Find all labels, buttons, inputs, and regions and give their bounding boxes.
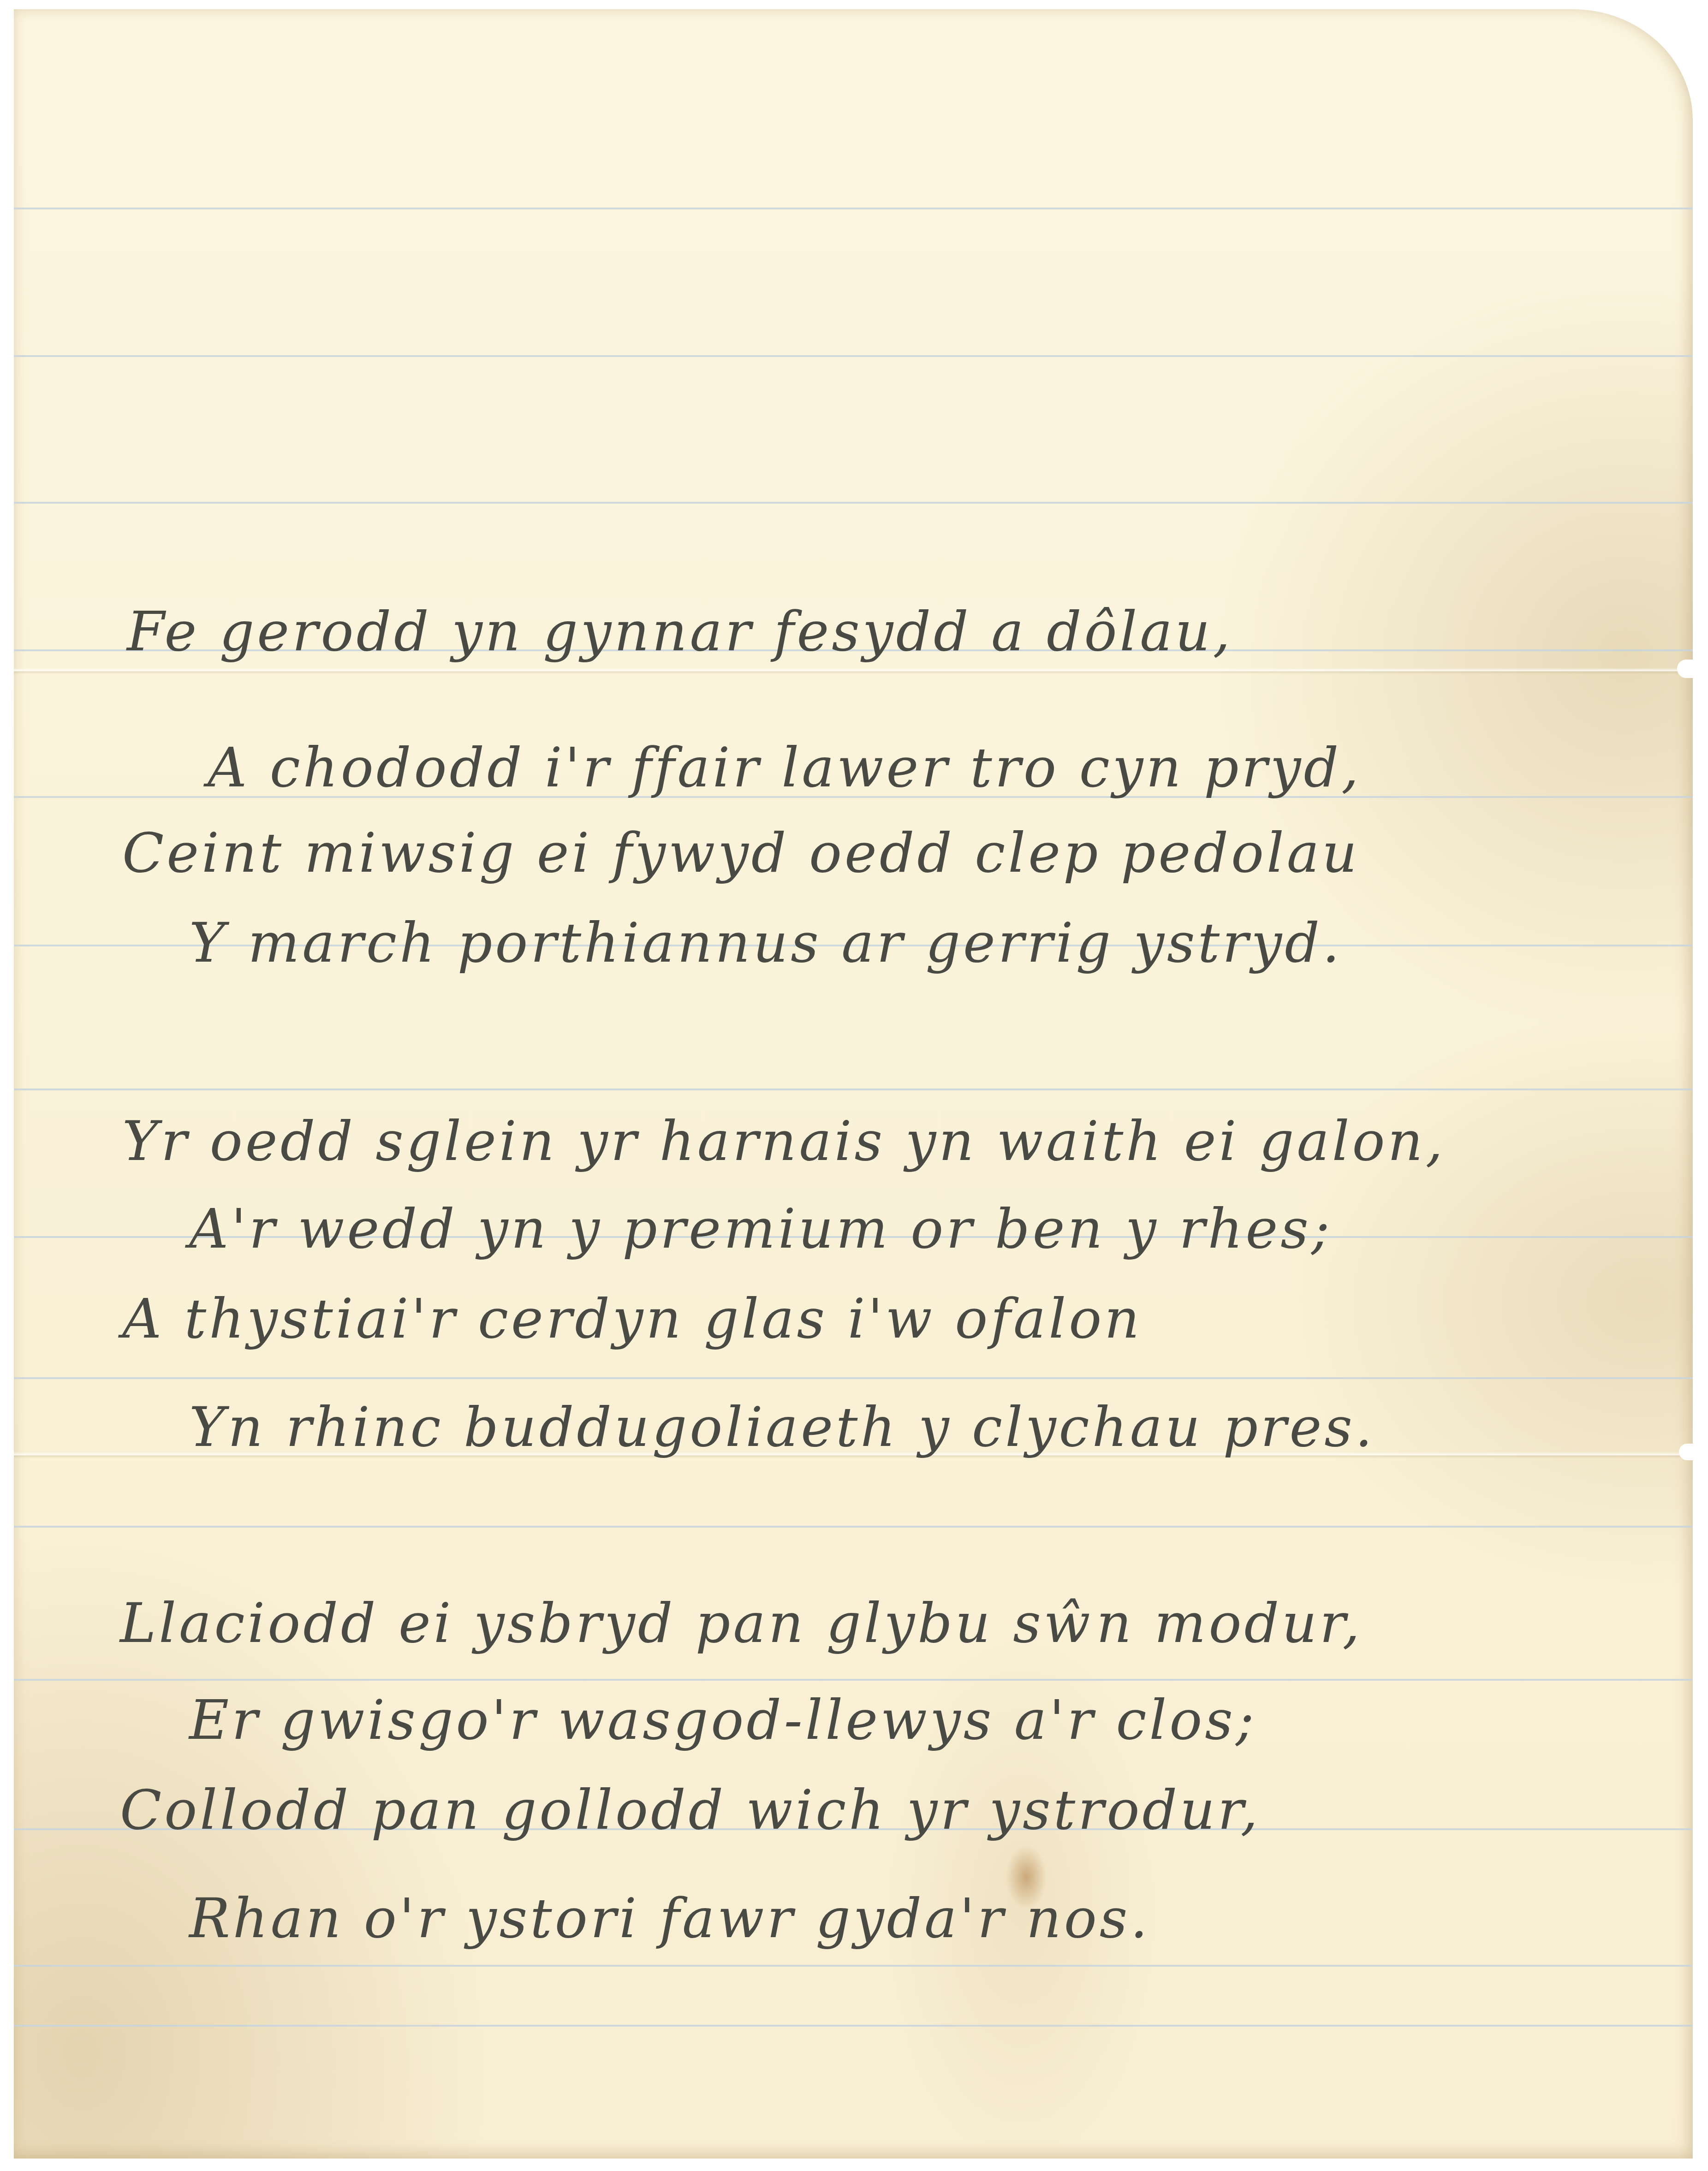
verse-line: Yr oedd sglein yr harnais yn waith ei ga… [122,1114,1446,1168]
fold-crease [14,668,1693,674]
ruled-line [14,208,1693,209]
manuscript-page: Fe gerodd yn gynnar fesydd a dôlau, A ch… [14,9,1693,2159]
verse-line: Collodd pan gollodd wich yr ystrodur, [120,1783,1261,1837]
ruled-line [14,1679,1693,1681]
verse-line: A'r wedd yn y premium or ben y rhes; [189,1201,1333,1256]
edge-tear [1677,660,1696,678]
ruled-line [14,2025,1693,2027]
verse-line: A thystiai'r cerdyn glas i'w ofalon [122,1291,1142,1346]
ruled-line [14,355,1693,357]
verse-line: Y march porthiannus ar gerrig ystryd. [189,916,1342,970]
verse-line: Er gwisgo'r wasgod-llewys a'r clos; [189,1693,1257,1747]
verse-line: Fe gerodd yn gynnar fesydd a dôlau, [127,604,1233,659]
ruled-line [14,1377,1693,1379]
verse-line: Ceint miwsig ei fywyd oedd clep pedolau [122,826,1360,880]
ruled-line [14,502,1693,504]
verse-line: Llaciodd ei ysbryd pan glybu sŵn modur, [120,1596,1363,1650]
verse-line: Rhan o'r ystori fawr gyda'r nos. [189,1891,1150,1945]
verse-line: Yn rhinc buddugoliaeth y clychau pres. [189,1400,1375,1454]
ruled-line [14,1526,1693,1528]
edge-tear [1679,1444,1696,1460]
ruled-line [14,1965,1693,1967]
ruled-line [14,1088,1693,1090]
verse-line: A chododd i'r ffair lawer tro cyn pryd, [208,740,1362,795]
